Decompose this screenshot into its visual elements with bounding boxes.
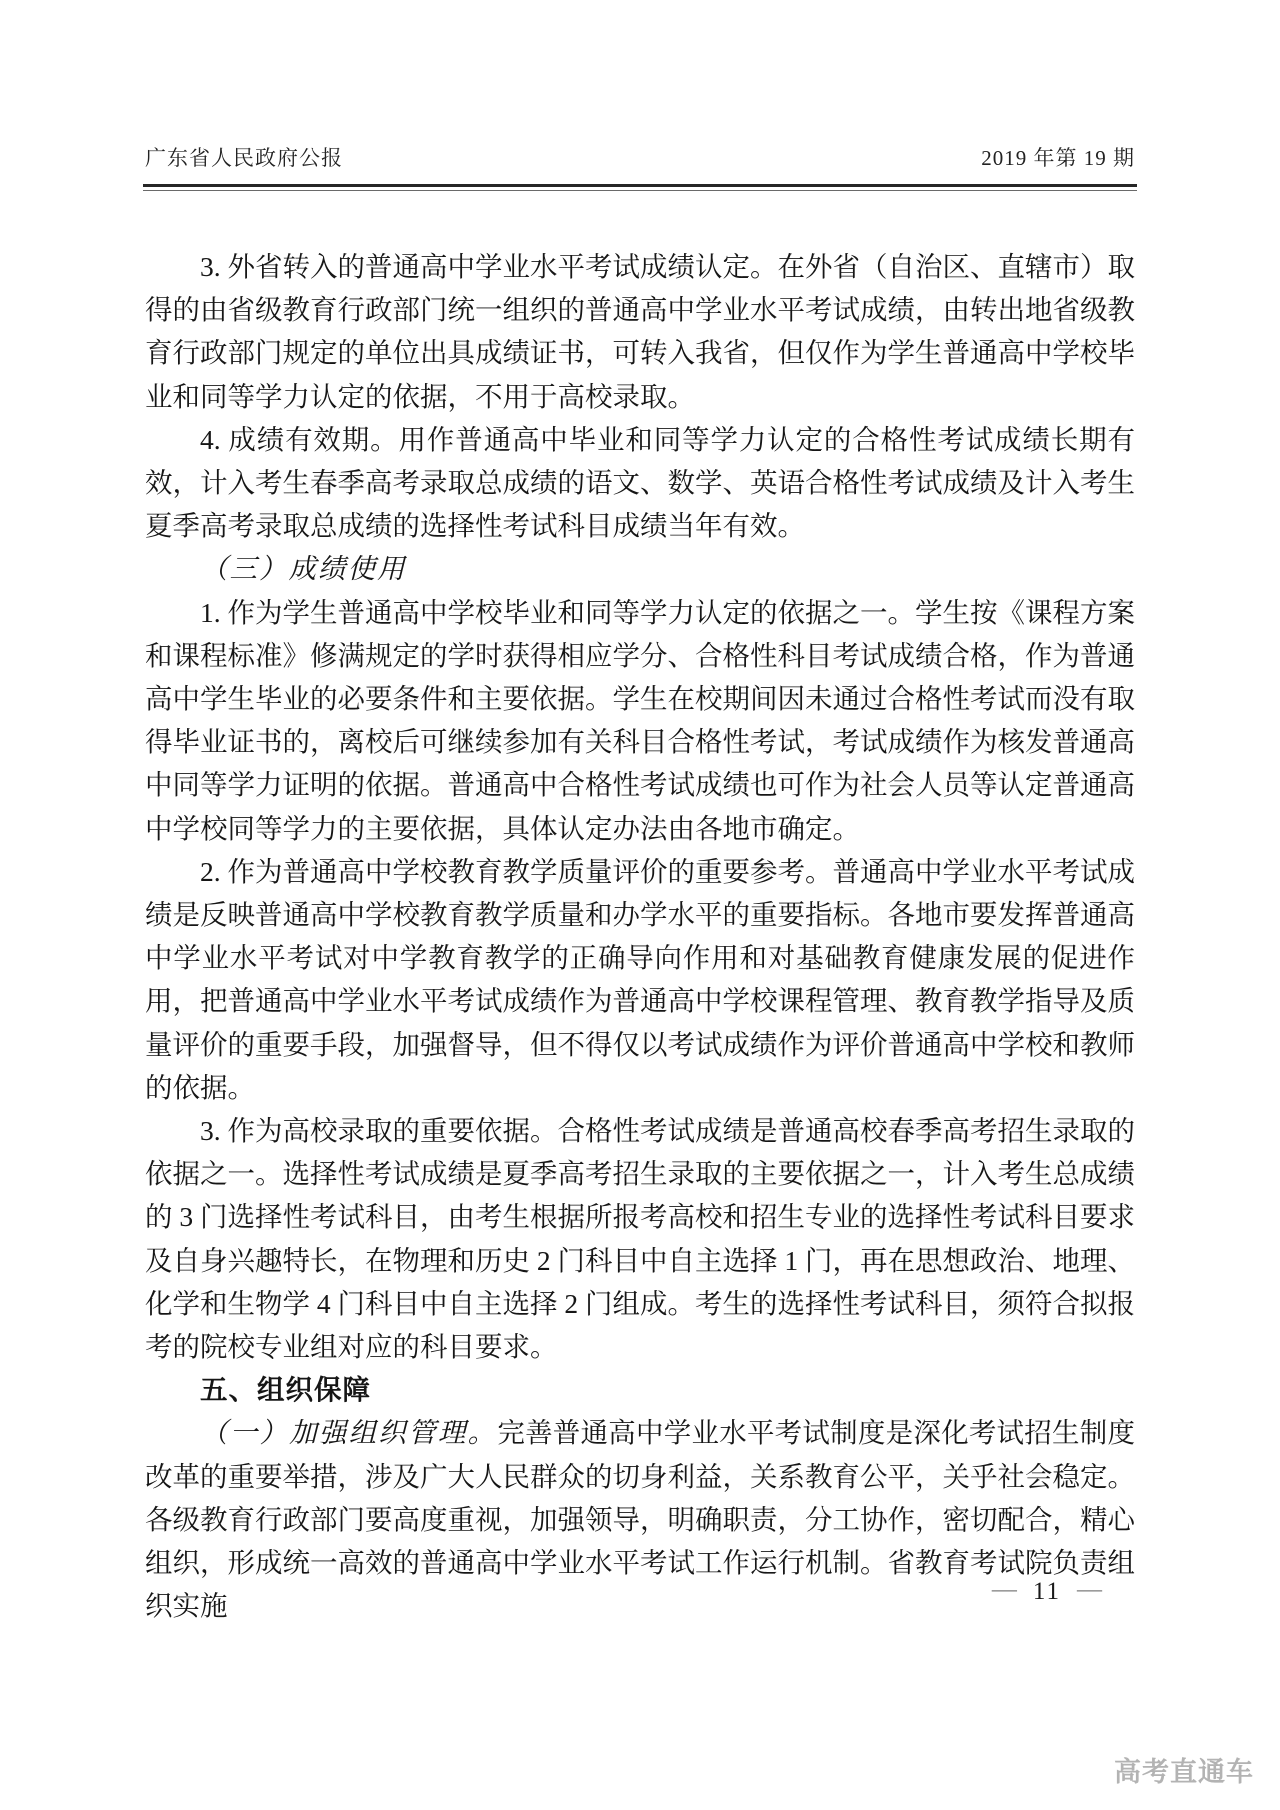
paragraph-organization-management: （一）加强组织管理。完善普通高中学业水平考试制度是深化考试招生制度改革的重要举措… bbox=[145, 1411, 1135, 1627]
paragraph-admission-basis: 3. 作为高校录取的重要依据。合格性考试成绩是普通高校春季高考招生录取的依据之一… bbox=[145, 1109, 1135, 1368]
footer-right-dash: — bbox=[1077, 1576, 1102, 1604]
section-heading-organization-guarantee: 五、组织保障 bbox=[145, 1368, 1135, 1411]
page-header: 广东省人民政府公报 2019 年第 19 期 bbox=[145, 142, 1135, 172]
page-number-footer: — 11 — bbox=[992, 1578, 1102, 1606]
paragraph-score-validity: 4. 成绩有效期。用作普通高中毕业和同等学力认定的合格性考试成绩长期有效，计入考… bbox=[145, 418, 1135, 548]
paragraph-score-recognition: 3. 外省转入的普通高中学业水平考试成绩认定。在外省（自治区、直辖市）取得的由省… bbox=[145, 245, 1135, 418]
gaokao-zhitongche-watermark: 高考直通车 bbox=[1114, 1750, 1254, 1789]
page-number: 11 bbox=[1033, 1578, 1061, 1606]
header-rule bbox=[143, 184, 1137, 191]
footer-left-dash: — bbox=[992, 1576, 1017, 1604]
issue-label: 2019 年第 19 期 bbox=[981, 142, 1135, 172]
section-heading-score-usage: （三）成绩使用 bbox=[145, 547, 1135, 590]
paragraph-graduation-basis: 1. 作为学生普通高中学校毕业和同等学力认定的依据之一。学生按《课程方案和课程标… bbox=[145, 591, 1135, 850]
gazette-page: 广东省人民政府公报 2019 年第 19 期 3. 外省转入的普通高中学业水平考… bbox=[0, 0, 1280, 1810]
document-body: 3. 外省转入的普通高中学业水平考试成绩认定。在外省（自治区、直辖市）取得的由省… bbox=[145, 245, 1135, 1628]
paragraph-quality-evaluation: 2. 作为普通高中学校教育教学质量评价的重要参考。普通高中学业水平考试成绩是反映… bbox=[145, 850, 1135, 1109]
publication-title: 广东省人民政府公报 bbox=[145, 142, 343, 172]
paragraph-lead-kai: （一）加强组织管理。 bbox=[200, 1417, 497, 1448]
